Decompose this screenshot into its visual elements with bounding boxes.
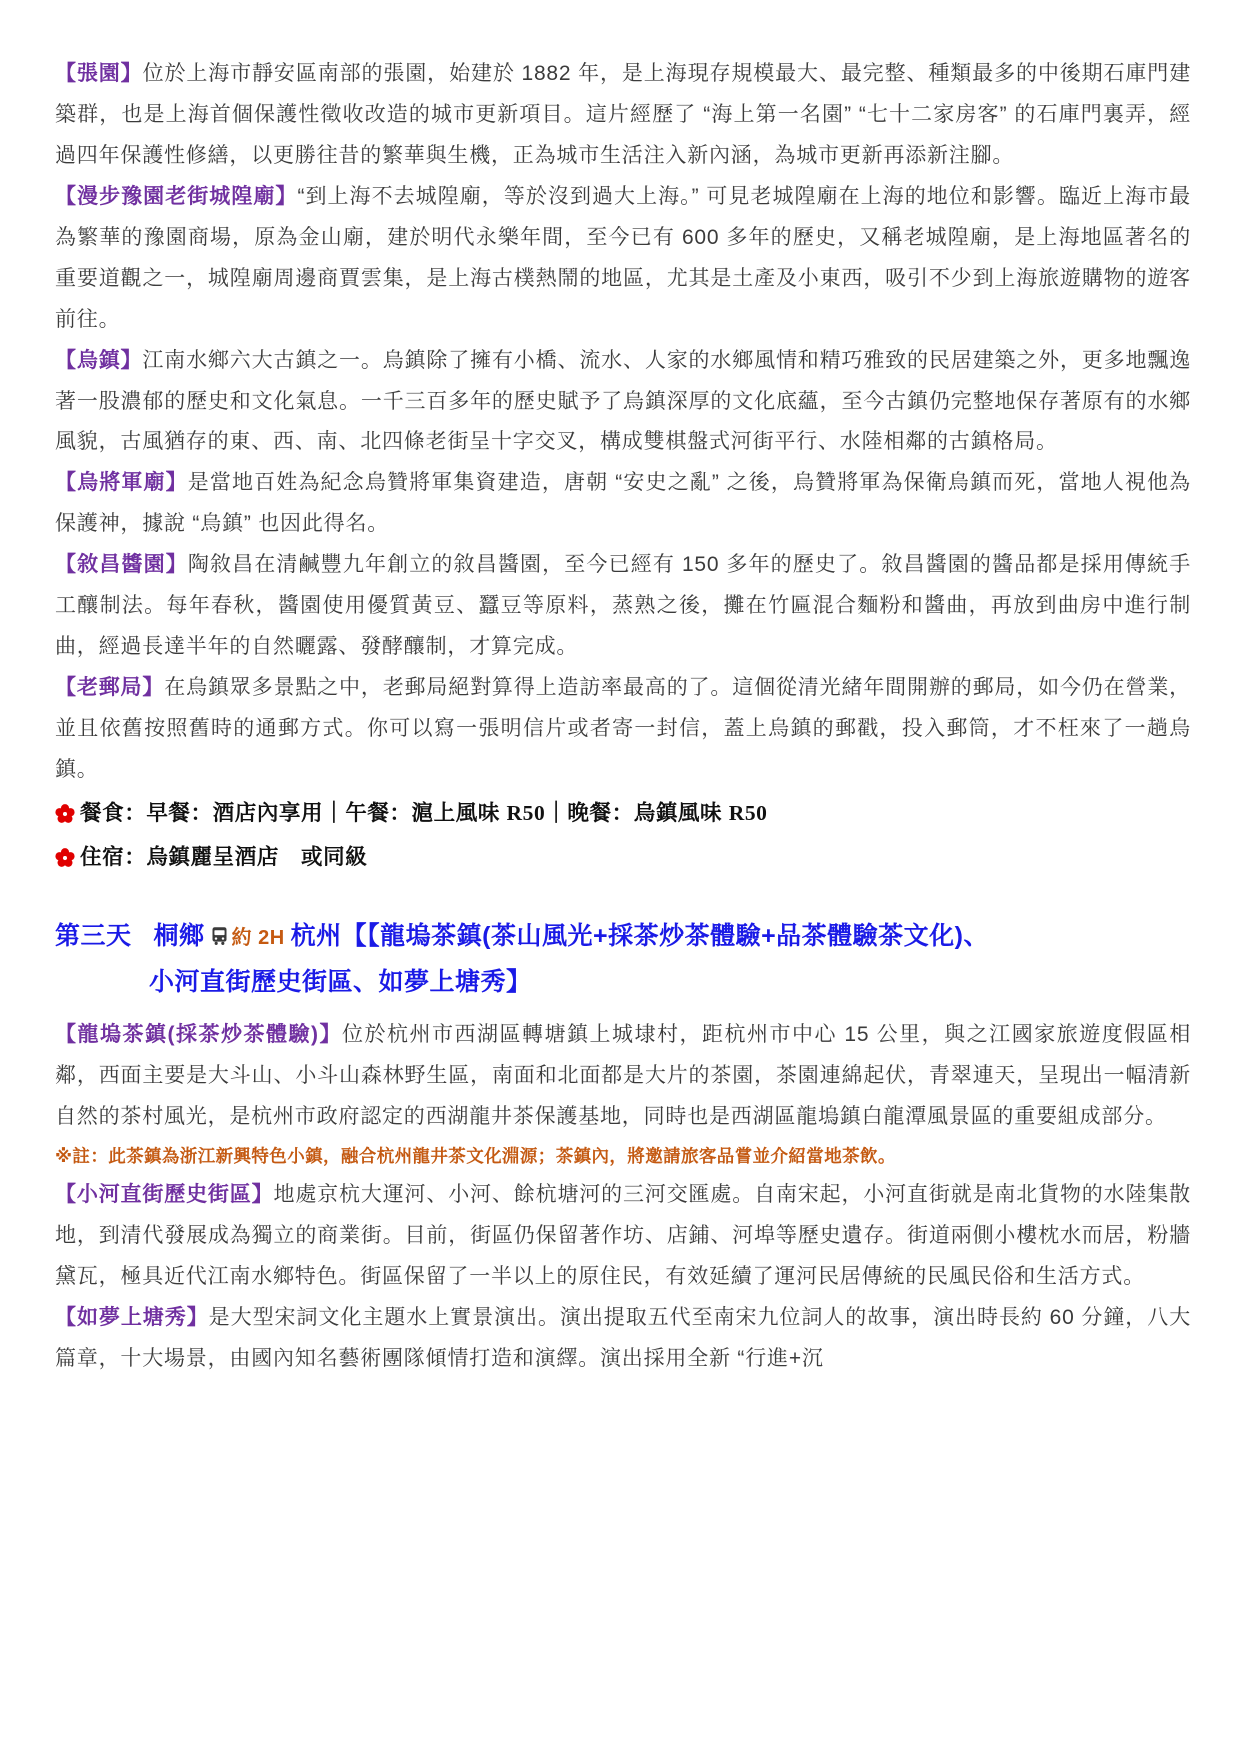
paragraph-title: 【烏將軍廟】 bbox=[55, 471, 188, 494]
paragraph-text: 位於上海市靜安區南部的張園，始建於 1882 年，是上海現存規模最大、最完整、種… bbox=[55, 62, 1191, 167]
itinerary-document-page: 【張園】位於上海市靜安區南部的張園，始建於 1882 年，是上海現存規模最大、最… bbox=[0, 0, 1241, 1755]
paragraph-text: 在烏鎮眾多景點之中，老郵局絕對算得上造訪率最高的了。這個從清光緒年間開辦的郵局，… bbox=[55, 676, 1191, 781]
lunch-price-code: R50 bbox=[507, 801, 546, 825]
paragraph-xuchangjiangyuan: 【敘昌醬園】陶敘昌在清鹹豐九年創立的敘昌醬園，至今已經有 150 多年的歷史了。… bbox=[55, 545, 1191, 668]
meals-part2: ｜晚餐：烏鎮風味 bbox=[545, 801, 728, 825]
bus-icon bbox=[209, 925, 230, 946]
hotel-row: 住宿：烏鎮麗呈酒店 或同級 bbox=[55, 837, 1191, 879]
meals-part1: 早餐：酒店內享用｜午餐：滬上風味 bbox=[146, 801, 506, 825]
paragraph-xiaohezhijie: 【小河直街歷史街區】地處京杭大運河、小河、餘杭塘河的三河交匯處。自南宋起，小河直… bbox=[55, 1175, 1191, 1298]
paragraph-title: 【老郵局】 bbox=[55, 676, 164, 699]
hotel-name: 烏鎮麗呈酒店 或同級 bbox=[146, 845, 367, 869]
paragraph-title: 【龍塢茶鎮(採茶炒茶體驗)】 bbox=[55, 1023, 342, 1046]
meals-row: 餐食：早餐：酒店內享用｜午餐：滬上風味 R50｜晚餐：烏鎮風味 R50 bbox=[55, 793, 1191, 835]
paragraph-text: 江南水鄉六大古鎮之一。烏鎮除了擁有小橋、流水、人家的水鄉風情和精巧雅致的民居建築… bbox=[55, 349, 1191, 454]
paragraph-title: 【漫步豫園老街城隍廟】 bbox=[55, 185, 297, 208]
paragraph-laoyouju: 【老郵局】在烏鎮眾多景點之中，老郵局絕對算得上造訪率最高的了。這個從清光緒年間開… bbox=[55, 668, 1191, 791]
paragraph-title: 【如夢上塘秀】 bbox=[55, 1306, 209, 1329]
day3-from-city: 桐鄉 bbox=[154, 922, 205, 950]
paragraph-text: 陶敘昌在清鹹豐九年創立的敘昌醬園，至今已經有 150 多年的歷史了。敘昌醬園的醬… bbox=[55, 553, 1191, 658]
paragraph-title: 【小河直街歷史街區】 bbox=[55, 1183, 273, 1206]
paragraph-wujiangjunmiao: 【烏將軍廟】是當地百姓為紀念烏贊將軍集資建造，唐朝 “安史之亂” 之後，烏贊將軍… bbox=[55, 463, 1191, 545]
paragraph-title: 【張園】 bbox=[55, 62, 143, 85]
hotel-label: 住宿： bbox=[80, 845, 146, 869]
day3-header-line1: 第三天桐鄉約 2H杭州【【龍塢茶鎮(茶山風光+採茶炒茶體驗+品茶體驗茶文化)、 bbox=[55, 922, 989, 950]
dinner-price-code: R50 bbox=[729, 801, 768, 825]
paragraph-longwuchazhen: 【龍塢茶鎮(採茶炒茶體驗)】位於杭州市西湖區轉塘鎮上城埭村，距杭州市中心 15 … bbox=[55, 1015, 1191, 1138]
flower-icon bbox=[55, 848, 75, 868]
day3-header: 第三天桐鄉約 2H杭州【【龍塢茶鎮(茶山風光+採茶炒茶體驗+品茶體驗茶文化)、 … bbox=[55, 913, 1191, 1006]
paragraph-rumengshangtangxiu: 【如夢上塘秀】是大型宋詞文化主題水上實景演出。演出提取五代至南宋九位詞人的故事，… bbox=[55, 1298, 1191, 1380]
paragraph-title: 【烏鎮】 bbox=[55, 349, 142, 372]
day3-destinations-line2: 小河直街歷史街區、如夢上塘秀】 bbox=[55, 959, 1191, 1005]
paragraph-text: 是當地百姓為紀念烏贊將軍集資建造，唐朝 “安史之亂” 之後，烏贊將軍為保衛烏鎮而… bbox=[55, 471, 1191, 535]
tea-town-note: ※註：此茶鎮為浙江新興特色小鎮，融合杭州龍井茶文化淵源；茶鎮內，將邀請旅客品嘗並… bbox=[55, 1138, 1191, 1175]
day3-day-label: 第三天 bbox=[55, 922, 132, 950]
hotel-text: 住宿：烏鎮麗呈酒店 或同級 bbox=[80, 837, 367, 879]
paragraph-text: 是大型宋詞文化主題水上實景演出。演出提取五代至南宋九位詞人的故事，演出時長約 6… bbox=[55, 1306, 1191, 1370]
paragraph-title: 【敘昌醬園】 bbox=[55, 553, 188, 576]
day3-travel-duration: 約 2H bbox=[232, 927, 285, 949]
paragraph-chenghuangmiao: 【漫步豫園老街城隍廟】“到上海不去城隍廟，等於沒到過大上海。” 可見老城隍廟在上… bbox=[55, 177, 1191, 341]
meals-text: 餐食：早餐：酒店內享用｜午餐：滬上風味 R50｜晚餐：烏鎮風味 R50 bbox=[80, 793, 768, 835]
flower-icon bbox=[55, 804, 75, 824]
meals-label: 餐食： bbox=[80, 801, 146, 825]
day3-destinations-line1: 杭州【【龍塢茶鎮(茶山風光+採茶炒茶體驗+品茶體驗茶文化)、 bbox=[291, 922, 989, 950]
paragraph-zhangyuan: 【張園】位於上海市靜安區南部的張園，始建於 1882 年，是上海現存規模最大、最… bbox=[55, 54, 1191, 177]
paragraph-wuzhen: 【烏鎮】江南水鄉六大古鎮之一。烏鎮除了擁有小橋、流水、人家的水鄉風情和精巧雅致的… bbox=[55, 341, 1191, 464]
